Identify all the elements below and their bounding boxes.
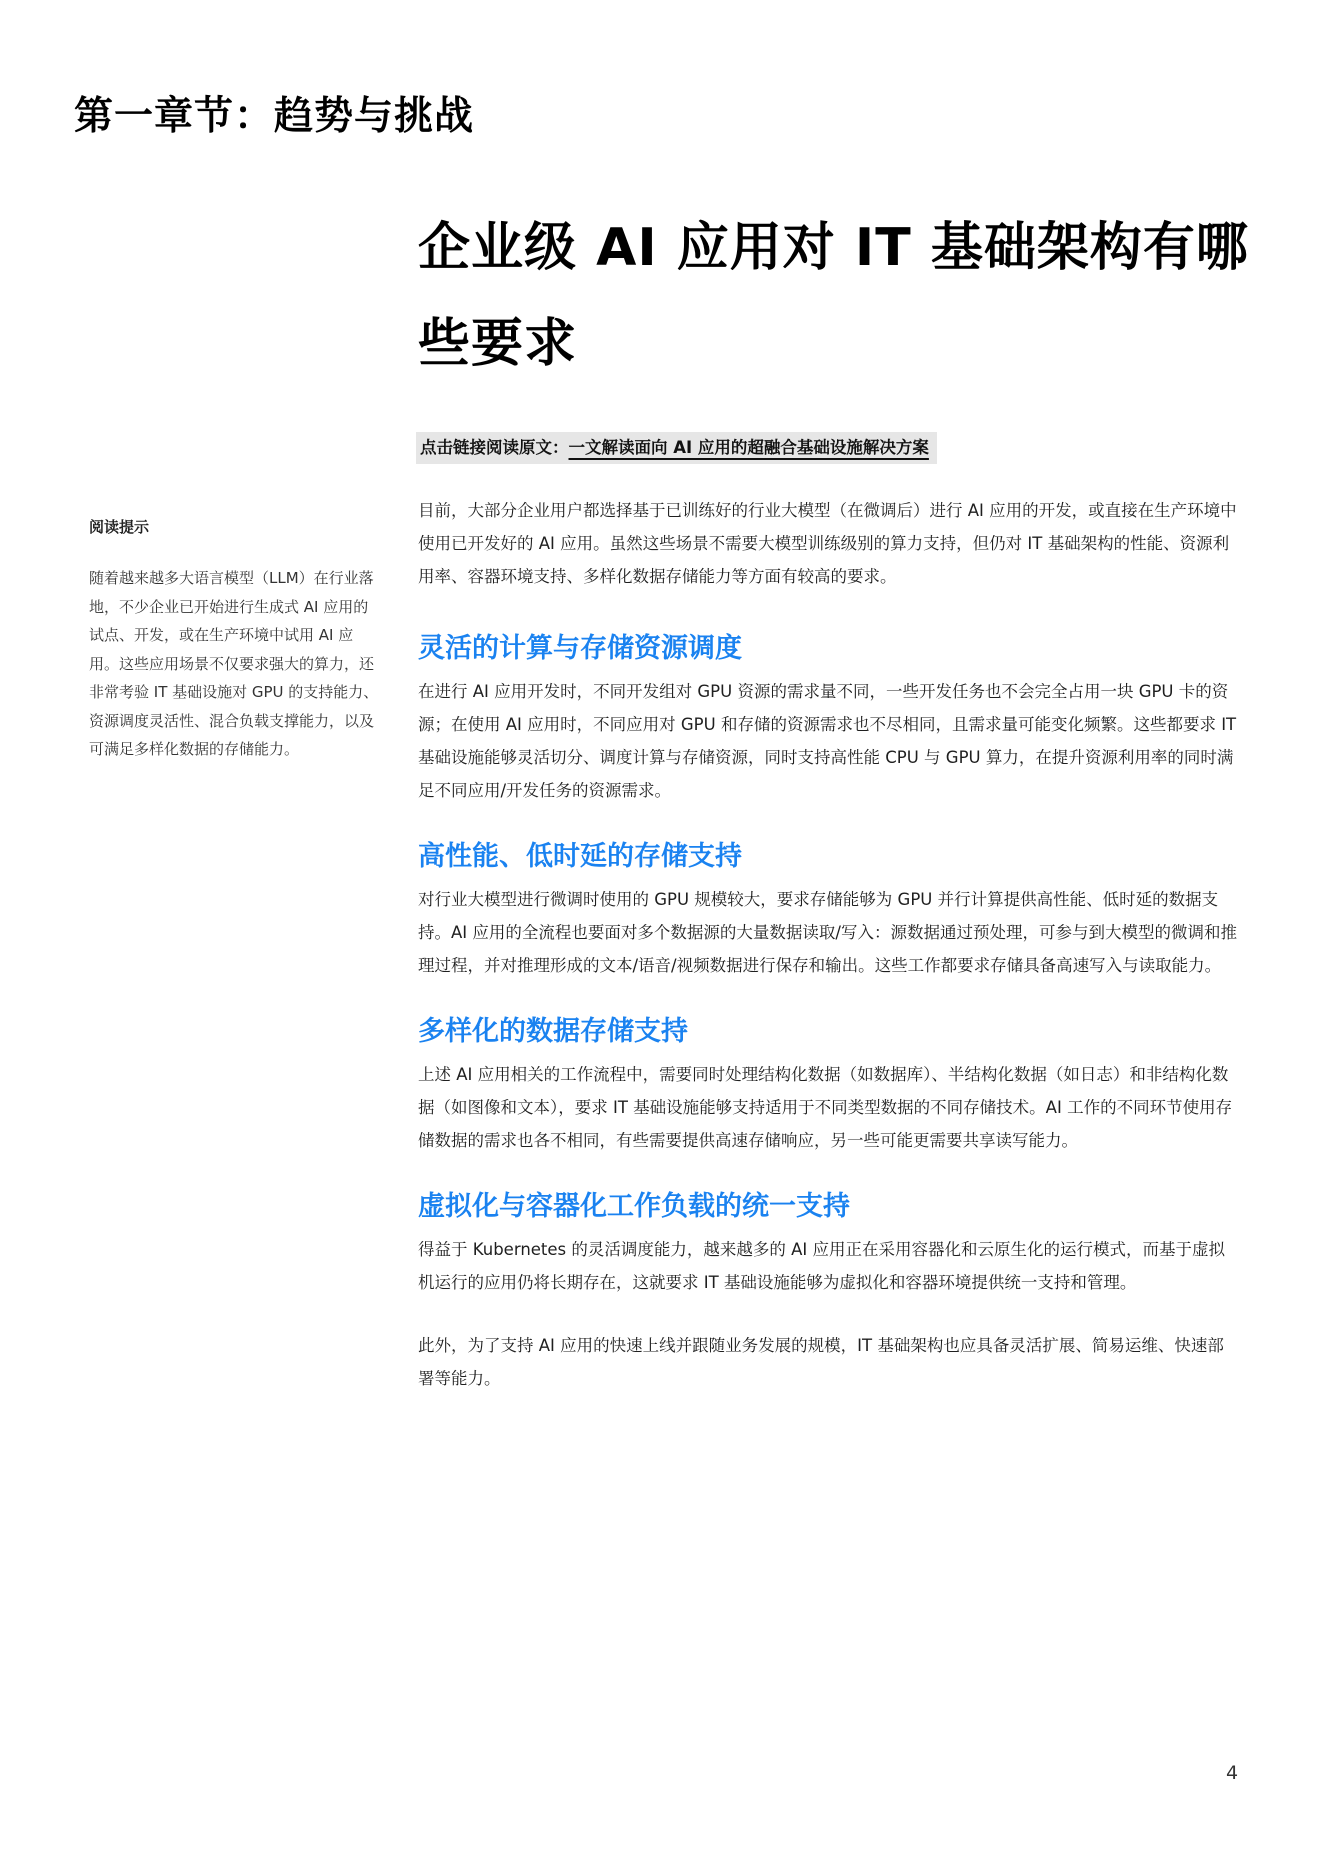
- link-prefix: 点击链接阅读原文：: [420, 438, 569, 457]
- closing-paragraph: 此外，为了支持 AI 应用的快速上线并跟随业务发展的规模，IT 基础架构也应具备…: [418, 1329, 1240, 1395]
- section-unified-workload-support: 虚拟化与容器化工作负载的统一支持 得益于 Kubernetes 的灵活调度能力，…: [418, 1187, 1240, 1299]
- section-heading: 高性能、低时延的存储支持: [418, 837, 1240, 877]
- section-high-performance-storage: 高性能、低时延的存储支持 对行业大模型进行微调时使用的 GPU 规模较大，要求存…: [418, 837, 1240, 982]
- section-heading: 灵活的计算与存储资源调度: [418, 629, 1240, 669]
- section-body: 对行业大模型进行微调时使用的 GPU 规模较大，要求存储能够为 GPU 并行计算…: [418, 883, 1240, 982]
- chapter-title: 第一章节：趋势与挑战: [74, 92, 474, 142]
- section-flexible-scheduling: 灵活的计算与存储资源调度 在进行 AI 应用开发时，不同开发组对 GPU 资源的…: [418, 629, 1240, 807]
- section-diverse-storage: 多样化的数据存储支持 上述 AI 应用相关的工作流程中，需要同时处理结构化数据（…: [418, 1012, 1240, 1157]
- section-heading: 多样化的数据存储支持: [418, 1012, 1240, 1052]
- reading-hint-title: 阅读提示: [89, 516, 379, 538]
- section-body: 上述 AI 应用相关的工作流程中，需要同时处理结构化数据（如数据库）、半结构化数…: [418, 1058, 1240, 1157]
- page-number: 4: [1226, 1762, 1238, 1784]
- section-body: 得益于 Kubernetes 的灵活调度能力，越来越多的 AI 应用正在采用容器…: [418, 1233, 1240, 1299]
- main-content: 目前，大部分企业用户都选择基于已训练好的行业大模型（在微调后）进行 AI 应用的…: [418, 494, 1240, 1395]
- page-title: 企业级 AI 应用对 IT 基础架构有哪些要求: [418, 200, 1258, 392]
- intro-paragraph: 目前，大部分企业用户都选择基于已训练好的行业大模型（在微调后）进行 AI 应用的…: [418, 494, 1240, 593]
- section-heading: 虚拟化与容器化工作负载的统一支持: [418, 1187, 1240, 1227]
- reading-hint-sidebar: 阅读提示 随着越来越多大语言模型（LLM）在行业落地，不少企业已开始进行生成式 …: [89, 516, 379, 764]
- original-article-link[interactable]: 一文解读面向 AI 应用的超融合基础设施解决方案: [569, 438, 929, 457]
- read-original-link-bar: 点击链接阅读原文：一文解读面向 AI 应用的超融合基础设施解决方案: [416, 432, 937, 464]
- reading-hint-body: 随着越来越多大语言模型（LLM）在行业落地，不少企业已开始进行生成式 AI 应用…: [89, 564, 379, 764]
- section-body: 在进行 AI 应用开发时，不同开发组对 GPU 资源的需求量不同，一些开发任务也…: [418, 675, 1240, 807]
